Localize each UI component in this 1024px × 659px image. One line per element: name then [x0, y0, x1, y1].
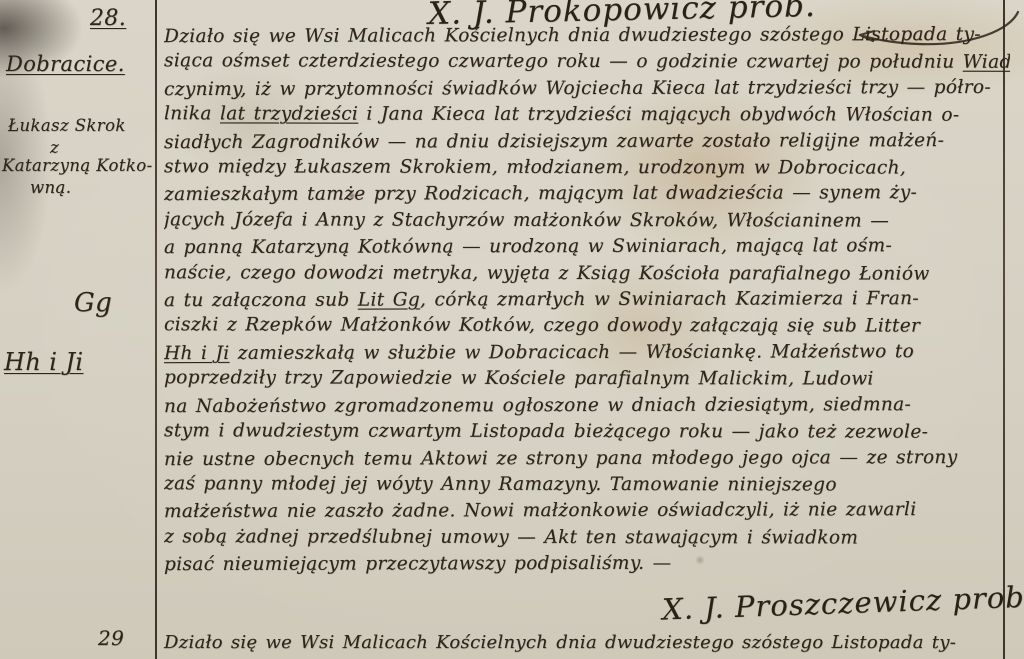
next-record-number: 29: [98, 626, 124, 650]
annex-letter-gg: Gg: [74, 288, 112, 318]
text-line: czynimy, iż w przytomności świadków Wojc…: [164, 75, 1010, 104]
text-line: Działo się we Wsi Malicach Kościelnych d…: [164, 23, 1010, 51]
text-line: naście, czego dowodzi metryka, wyjęta z …: [164, 260, 1010, 288]
couple-names-line: Katarzyną Kotko-: [2, 156, 153, 175]
text-line: nie ustne obecnych temu Aktowi ze strony…: [164, 444, 1010, 473]
text-line: pisać nieumiejącym przeczytawszy podpisa…: [164, 550, 1010, 579]
annex-letters-hh-ji: Hh i Ji: [4, 348, 83, 376]
text-line: Hh i Ji zamieszkałą w służbie w Dobracic…: [164, 339, 1010, 368]
record-number: 28.: [90, 6, 126, 31]
act-text: Działo się we Wsi Malicach Kościelnych d…: [164, 23, 1010, 591]
text-line: a tu załączona sub Lit Gg, córką zmarłyc…: [164, 286, 1010, 315]
text-line: siąca ośmset czterdziestego czwartego ro…: [164, 49, 1010, 77]
text-line: małżeństwa nie zaszło żadne. Nowi małżon…: [164, 497, 1010, 526]
text-line: jących Józefa i Anny z Stachyrzów małżon…: [164, 207, 1010, 235]
text-line: poprzedziły trzy Zapowiedzie w Kościele …: [164, 366, 1010, 394]
text-line: stwo między Łukaszem Skrokiem, młodziane…: [164, 154, 1010, 182]
text-line: z sobą żadnej przedślubnej umowy — Akt t…: [164, 524, 1010, 552]
margin-rule: [155, 0, 157, 659]
couple-names-line: Łukasz Skrok: [8, 116, 126, 135]
next-record-first-line: Działo się we Wsi Malicach Kościelnych d…: [164, 632, 956, 653]
text-line: siadłych Zagrodników — na dniu dzisiejsz…: [164, 128, 1010, 157]
text-line: a panną Katarzyną Kotkówną — urodzoną w …: [164, 233, 1010, 262]
text-line: stym i dwudziestym czwartym Listopada bi…: [164, 418, 1010, 446]
village-name: Dobracice.: [6, 52, 125, 76]
couple-names-line: wną.: [30, 178, 71, 197]
text-line: ciszki z Rzepków Małżonków Kotków, czego…: [164, 313, 1010, 341]
register-page-scan: X. J. Prokopowicz prob. 28. Dobracice. Ł…: [0, 0, 1024, 659]
text-line: lnika lat trzydzieści i Jana Kieca lat t…: [164, 101, 1010, 129]
text-line: na Nabożeństwo zgromadzonemu ogłoszone w…: [164, 392, 1010, 421]
couple-names-line: z: [50, 138, 59, 157]
text-line: zamieszkałym tamże przy Rodzicach, mając…: [164, 180, 1010, 209]
text-line: zaś panny młodej jej wóyty Anny Ramazyny…: [164, 471, 1010, 499]
